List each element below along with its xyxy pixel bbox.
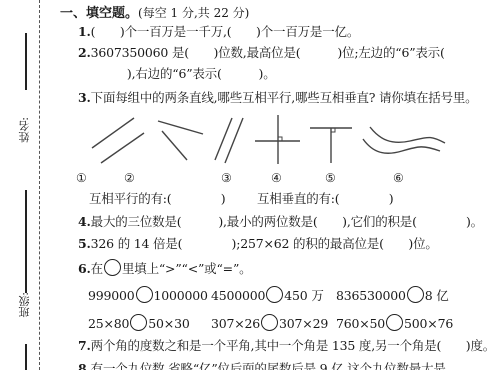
answer-circle[interactable] [136,286,153,303]
answer-circle[interactable] [266,286,283,303]
comparison-5: 307×26307×29 [211,314,328,332]
question-text: 有一个九位数,省略“亿”位后面的尾数后是 9 亿,这个九位数最大是 [91,361,446,370]
question-7: 7.两个角的度数之和是一个平角,其中一个角是 135 度,另一个角是( )度。 [78,338,495,354]
comparison-1: 9990001000000 [88,286,208,304]
comparison-6: 760×50500×76 [336,314,453,332]
comparison-left: 307×26 [211,316,260,331]
figure-label-4: ④ [271,171,282,185]
figure-label-2: ② [124,171,135,185]
answer-circle[interactable] [407,286,424,303]
comparison-left: 999000 [88,288,135,303]
figure-label-1: ① [76,171,87,185]
answer-circle[interactable] [386,314,403,331]
question-text: 326 的 14 倍是( );257×62 的积的最高位是( )位。 [91,236,438,251]
comparison-right: 50×30 [148,316,189,331]
question-number: 7. [78,338,91,353]
comparison-left: 4500000 [211,288,265,303]
comparison-right: 450 万 [284,288,323,303]
question-4: 4.最大的三位数是( ),最小的两位数是( ),它们的积是( )。 [78,214,483,230]
question-number: 8. [78,361,91,370]
question-6: 6.在里填上“>”“<”或“=”。 [78,259,251,277]
question-number: 6. [78,261,91,276]
comparison-4: 25×8050×30 [88,314,190,332]
question-text: 两个角的度数之和是一个平角,其中一个角是 135 度,另一个角是( )度。 [91,338,495,353]
question-number: 5. [78,236,91,251]
figure-label-3: ③ [221,171,232,185]
comparison-left: 836530000 [336,288,406,303]
comparison-right: 307×29 [279,316,328,331]
perpendicular-answer-prompt: 互相垂直的有:( ) [257,191,393,207]
figure-label-6: ⑥ [393,171,404,185]
question-text: 在 [91,261,103,276]
comparison-2: 4500000450 万 [211,286,324,304]
question-number: 4. [78,214,91,229]
question-8: 8.有一个九位数,省略“亿”位后面的尾数后是 9 亿,这个九位数最大是 [78,361,446,370]
question-5: 5.326 的 14 倍是( );257×62 的积的最高位是( )位。 [78,236,438,252]
question-text: 里填上“>”“<”或“=”。 [122,261,251,276]
comparison-3: 8365300008 亿 [336,286,449,304]
figure-label-5: ⑤ [325,171,336,185]
comparison-right: 1000000 [154,288,208,303]
comparison-left: 760×50 [336,316,385,331]
parallel-answer-prompt: 互相平行的有:( ) [89,191,225,207]
question-text: 最大的三位数是( ),最小的两位数是( ),它们的积是( )。 [91,214,483,229]
comparison-right: 500×76 [404,316,453,331]
comparison-left: 25×80 [88,316,129,331]
comparison-right: 8 亿 [425,288,449,303]
circle-icon [104,259,121,276]
answer-circle[interactable] [261,314,278,331]
answer-circle[interactable] [130,314,147,331]
